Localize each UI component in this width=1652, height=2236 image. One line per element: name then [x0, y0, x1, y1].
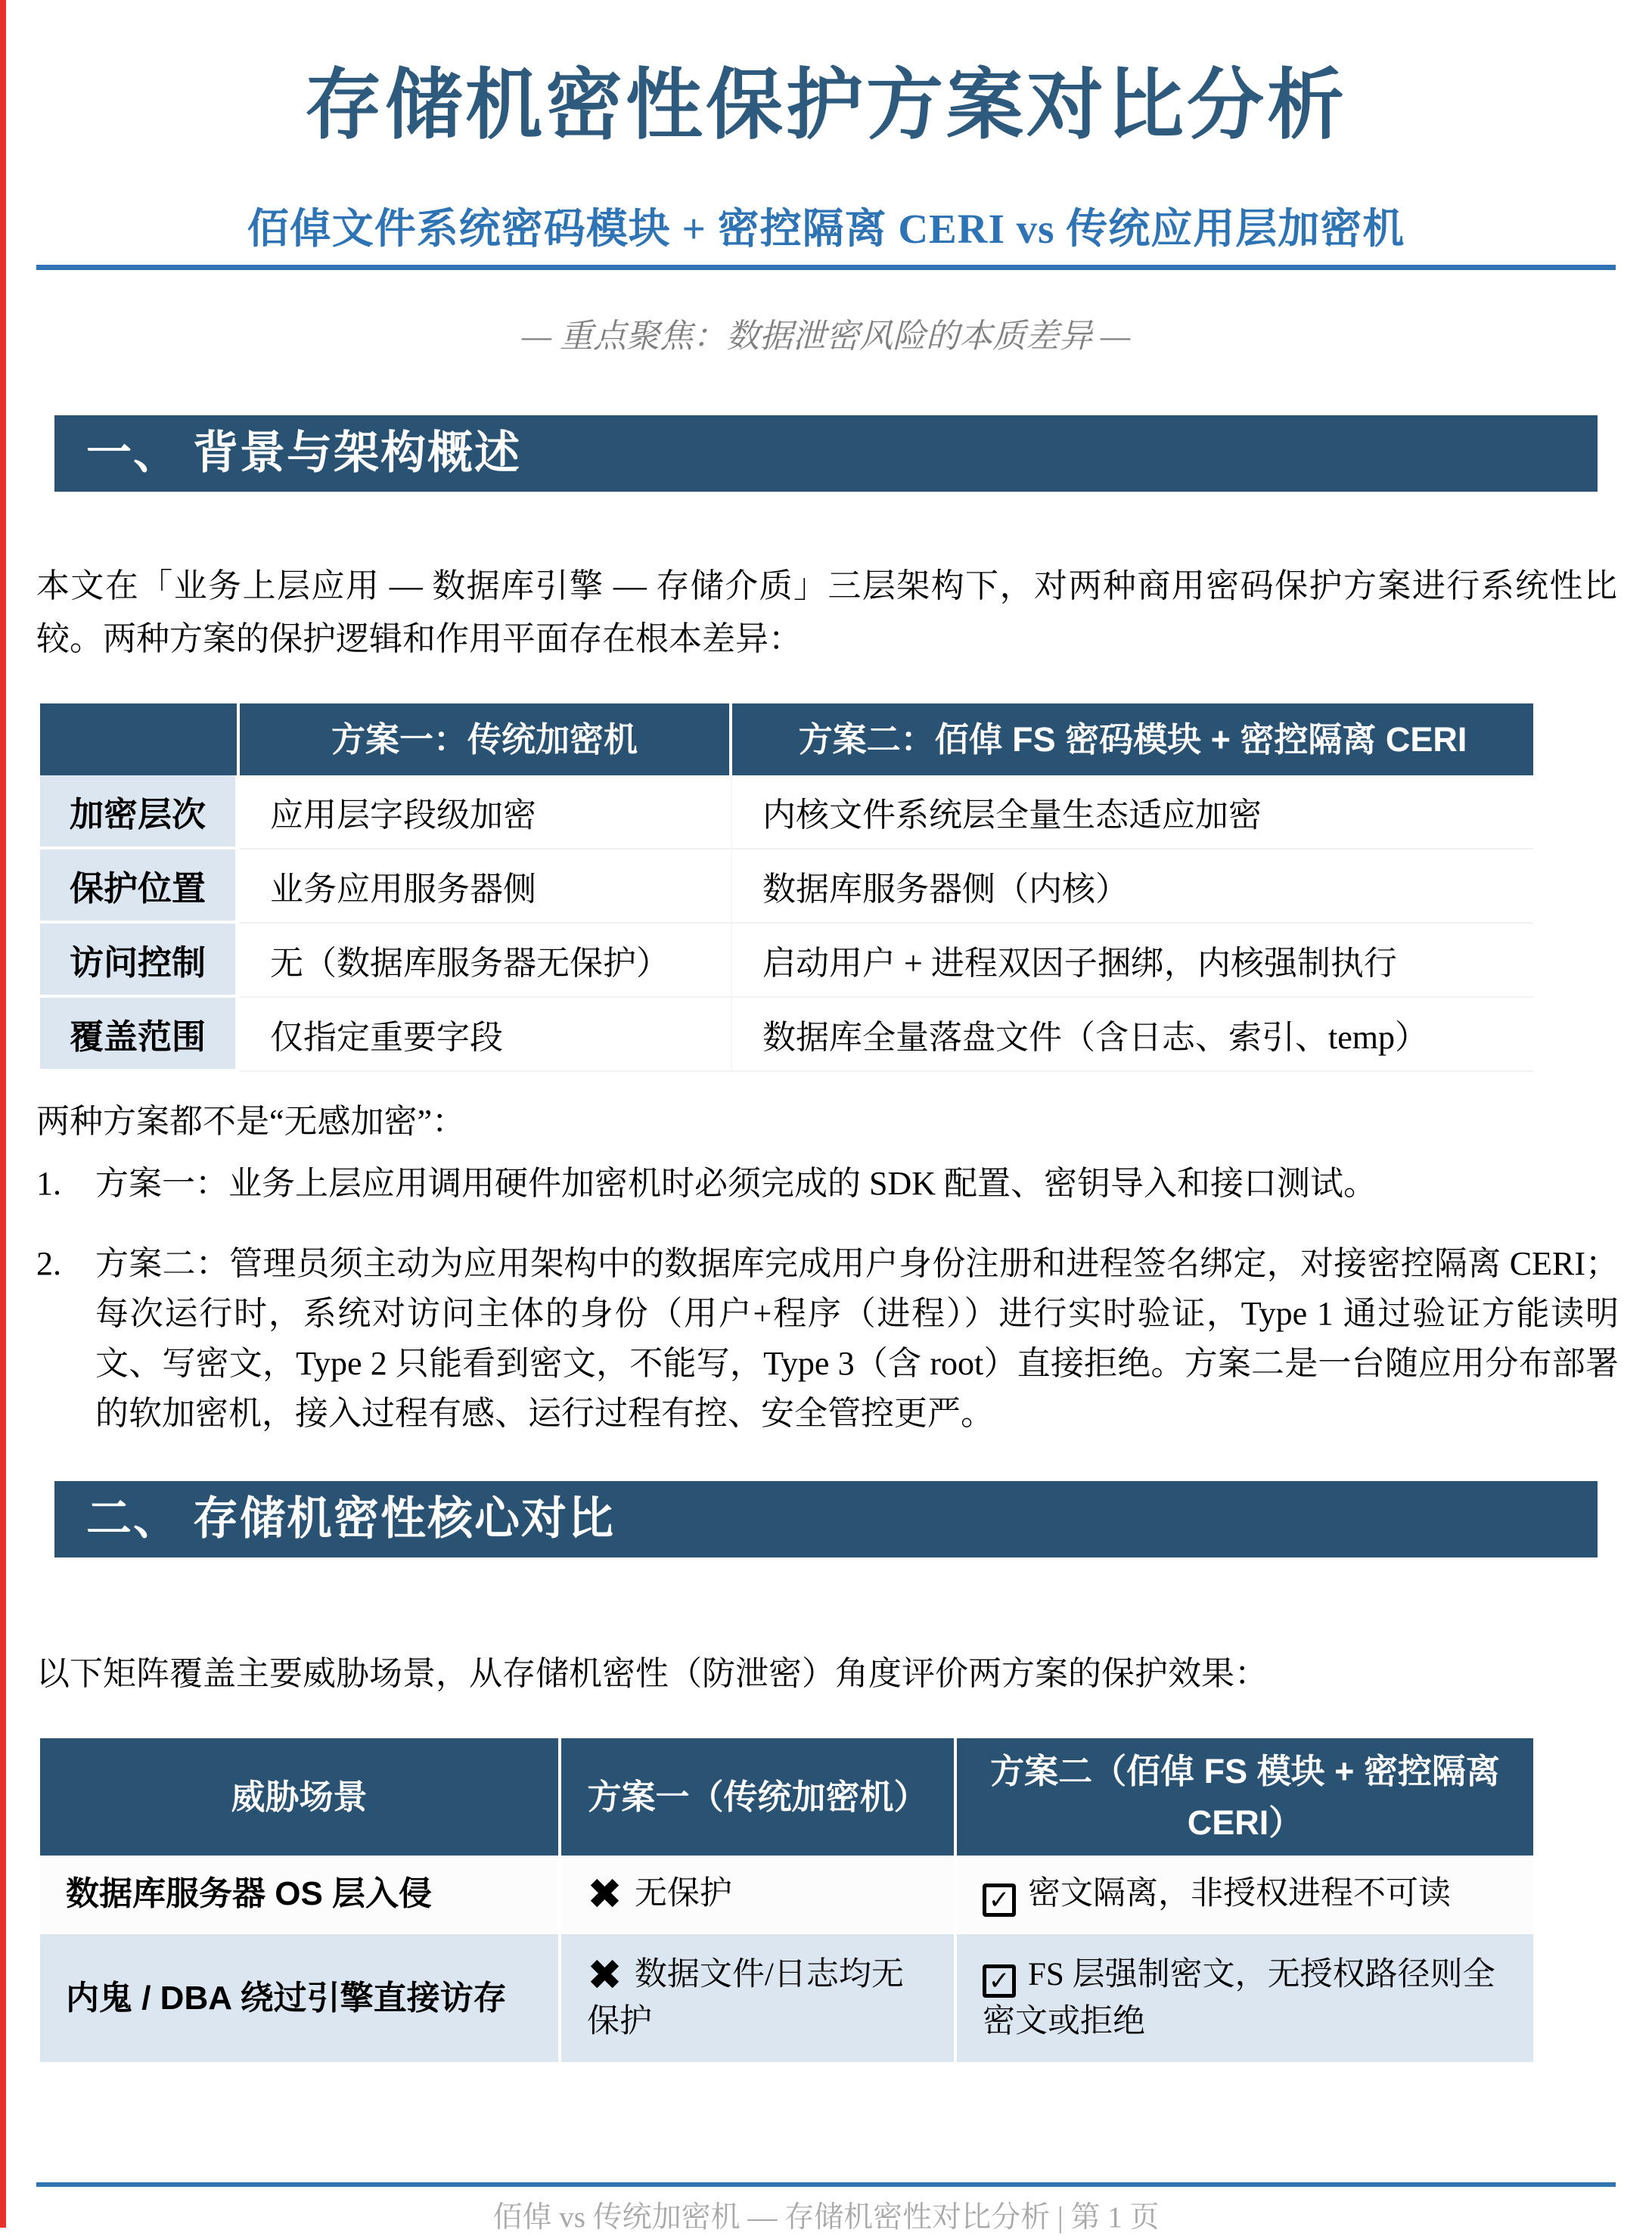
page-title: 存储机密性保护方案对比分析	[36, 54, 1616, 159]
table-row: 保护位置 业务应用服务器侧 数据库服务器侧（内核）	[40, 849, 1533, 924]
row-label: 加密层次	[40, 775, 240, 849]
table-cell: ✖无保护	[561, 1856, 957, 1934]
cell-text: 数据文件/日志均无保护	[587, 1957, 904, 2039]
table-header-row: 威胁场景 方案一（传统加密机） 方案二（佰倬 FS 模块 + 密控隔离 CERI…	[40, 1738, 1533, 1856]
table-cell: 数据库全量落盘文件（含日志、索引、temp）	[732, 998, 1533, 1072]
checkbox-check-icon: ✓	[983, 1964, 1016, 1998]
table-header-row: 方案一：传统加密机 方案二：佰倬 FS 密码模块 + 密控隔离 CERI	[40, 703, 1533, 775]
architecture-comparison-table: 方案一：传统加密机 方案二：佰倬 FS 密码模块 + 密控隔离 CERI 加密层…	[40, 703, 1533, 1072]
list-item-text: 方案二：管理员须主动为应用架构中的数据库完成用户身份注册和进程签名绑定，对接密控…	[74, 1239, 1619, 1439]
table-cell: 无（数据库服务器无保护）	[240, 924, 732, 998]
threat-scenario: 内鬼 / DBA 绕过引擎直接访存	[40, 1934, 561, 2064]
row-label: 覆盖范围	[40, 998, 240, 1072]
table-row: 内鬼 / DBA 绕过引擎直接访存 ✖数据文件/日志均无保护 ✓FS 层强制密文…	[40, 1934, 1533, 2064]
threat-scenario: 数据库服务器 OS 层入侵	[40, 1856, 561, 1934]
left-edge-red-strip	[0, 0, 6, 2228]
table-cell: 业务应用服务器侧	[240, 849, 732, 924]
list-item-number: 2.	[36, 1239, 74, 1439]
list-item-text: 方案一：业务上层应用调用硬件加密机时必须完成的 SDK 配置、密钥导入和接口测试…	[74, 1159, 1619, 1209]
section-2-intro: 以下矩阵覆盖主要威胁场景，从存储机密性（防泄密）角度评价两方案的保护效果：	[36, 1647, 1617, 1700]
section-1-note: 两种方案都不是“无感加密”：	[36, 1095, 1617, 1148]
table-cell: 仅指定重要字段	[240, 998, 732, 1072]
table2-header-scenario: 威胁场景	[40, 1738, 561, 1856]
x-mark-icon: ✖	[587, 1951, 623, 2000]
cell-text: 无保护	[635, 1876, 732, 1911]
section-1-intro: 本文在「业务上层应用 — 数据库引擎 — 存储介质」三层架构下，对两种商用密码保…	[36, 560, 1617, 666]
page-subtitle: 佰倬文件系统密码模块 + 密控隔离 CERI vs 传统应用层加密机	[36, 195, 1616, 255]
tagline: — 重点聚焦：数据泄密风险的本质差异 —	[36, 309, 1616, 357]
table-cell: 数据库服务器侧（内核）	[732, 849, 1533, 924]
table-row: 加密层次 应用层字段级加密 内核文件系统层全量生态适应加密	[40, 775, 1533, 849]
row-label: 保护位置	[40, 849, 240, 924]
header-divider-line	[36, 265, 1616, 270]
row-label: 访问控制	[40, 924, 240, 998]
numbered-list: 1. 方案一：业务上层应用调用硬件加密机时必须完成的 SDK 配置、密钥导入和接…	[36, 1159, 1619, 1469]
table-cell: ✖数据文件/日志均无保护	[561, 1934, 957, 2064]
checkbox-check-icon: ✓	[983, 1884, 1016, 1917]
x-mark-icon: ✖	[587, 1870, 623, 1919]
table-row: 访问控制 无（数据库服务器无保护） 启动用户 + 进程双因子捆绑，内核强制执行	[40, 924, 1533, 998]
threat-matrix-table: 威胁场景 方案一（传统加密机） 方案二（佰倬 FS 模块 + 密控隔离 CERI…	[40, 1738, 1533, 2064]
section-2-banner: 二、 存储机密性核心对比	[54, 1481, 1598, 1557]
cell-text: 密文隔离，非授权进程不可读	[1028, 1876, 1451, 1911]
cell-text: FS 层强制密文，无授权路径则全密文或拒绝	[983, 1957, 1495, 2039]
table2-header-plan1: 方案一（传统加密机）	[561, 1738, 957, 1856]
table-row: 数据库服务器 OS 层入侵 ✖无保护 ✓密文隔离，非授权进程不可读	[40, 1856, 1533, 1934]
table-cell: ✓密文隔离，非授权进程不可读	[957, 1856, 1533, 1934]
document-page: 存储机密性保护方案对比分析 佰倬文件系统密码模块 + 密控隔离 CERI vs …	[0, 0, 1652, 2236]
table2-header-plan2: 方案二（佰倬 FS 模块 + 密控隔离 CERI）	[957, 1738, 1533, 1856]
list-item-number: 1.	[36, 1159, 74, 1209]
table1-header-empty	[40, 703, 240, 775]
table-cell: 应用层字段级加密	[240, 775, 732, 849]
table-cell: 内核文件系统层全量生态适应加密	[732, 775, 1533, 849]
table-cell: ✓FS 层强制密文，无授权路径则全密文或拒绝	[957, 1934, 1533, 2064]
list-item: 2. 方案二：管理员须主动为应用架构中的数据库完成用户身份注册和进程签名绑定，对…	[36, 1239, 1619, 1439]
footer-page-label: 佰倬 vs 传统加密机 — 存储机密性对比分析 | 第 1 页	[36, 2194, 1616, 2236]
table1-header-plan2: 方案二：佰倬 FS 密码模块 + 密控隔离 CERI	[732, 703, 1533, 775]
list-item: 1. 方案一：业务上层应用调用硬件加密机时必须完成的 SDK 配置、密钥导入和接…	[36, 1159, 1619, 1209]
table-row: 覆盖范围 仅指定重要字段 数据库全量落盘文件（含日志、索引、temp）	[40, 998, 1533, 1072]
section-1-banner: 一、 背景与架构概述	[54, 415, 1598, 492]
footer-divider-line	[36, 2182, 1616, 2187]
table1-header-plan1: 方案一：传统加密机	[240, 703, 732, 775]
table-cell: 启动用户 + 进程双因子捆绑，内核强制执行	[732, 924, 1533, 998]
